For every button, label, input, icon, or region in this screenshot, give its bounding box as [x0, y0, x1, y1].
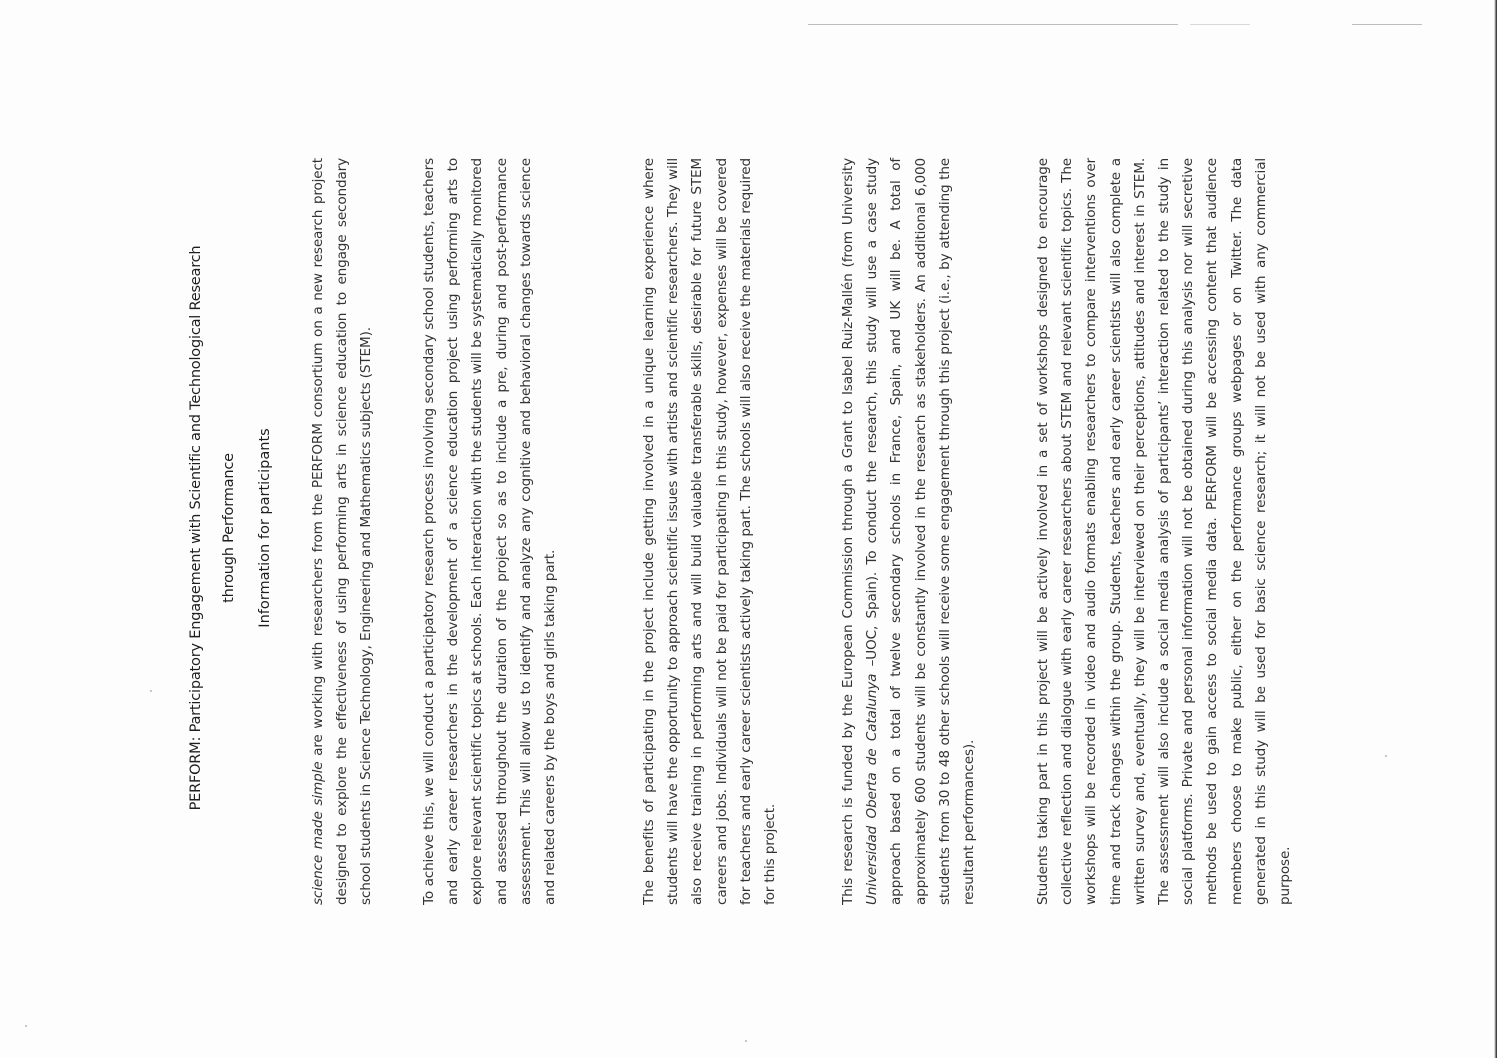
paragraph-participation: Students taking part in this project wil…	[1031, 158, 1297, 905]
paragraph-text: The benefits of participating in the pro…	[641, 158, 778, 905]
title-line-2: through Performance	[213, 148, 246, 908]
organization-name: science made simple	[310, 762, 326, 905]
paragraph-funding: This research is funded by the European …	[836, 158, 981, 905]
document-title: PERFORM: Participatory Engagement with S…	[180, 148, 246, 908]
title-line-1: PERFORM: Participatory Engagement with S…	[180, 148, 213, 908]
paragraph-benefits: The benefits of participating in the pro…	[637, 158, 782, 905]
paragraph-text: Students taking part in this project wil…	[1035, 158, 1293, 905]
university-name: Universidad Oberta de Catalunya	[864, 674, 880, 905]
paragraph-text: This research is funded by the European …	[840, 158, 856, 905]
paragraph-intro: science made simple are working with res…	[306, 158, 379, 905]
section-heading: Information for participants	[257, 148, 273, 908]
paragraph-text: –UOC, Spain). To conduct the research, t…	[864, 158, 977, 905]
document-page: PERFORM: Participatory Engagement with S…	[0, 0, 1497, 1058]
paragraph-text: To achieve this, we will conduct a parti…	[421, 158, 558, 905]
paragraph-methodology: To achieve this, we will conduct a parti…	[417, 158, 562, 905]
